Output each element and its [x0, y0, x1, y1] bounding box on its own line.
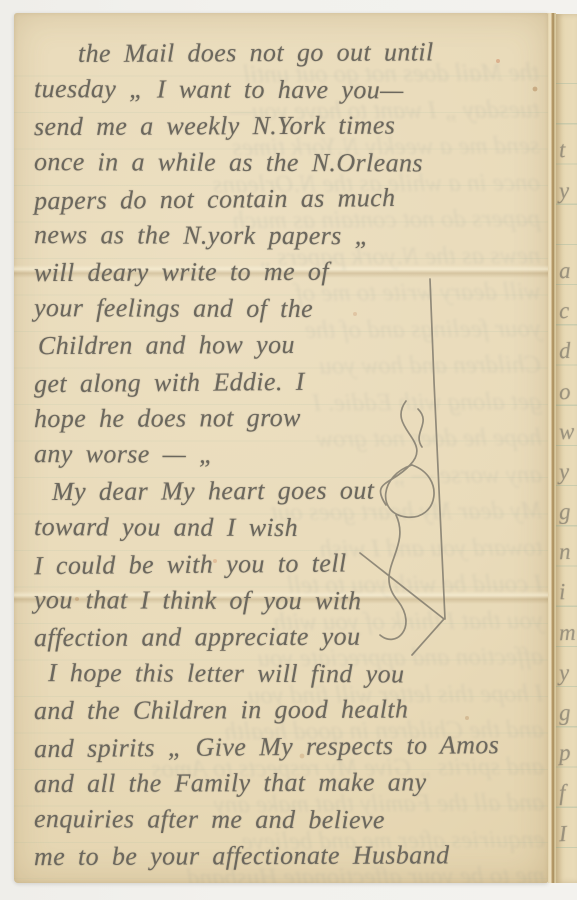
- letter-line: toward you and I wish: [34, 509, 542, 547]
- letter-line: hope he does not grow: [34, 399, 542, 438]
- letter-line: papers do not contain as much: [34, 179, 542, 220]
- edge-writing-fragment: [558, 210, 576, 251]
- letter-page: the Mail does not go out untiltuesday „ …: [14, 13, 548, 883]
- letter-line: send me a weekly N.York times: [34, 107, 542, 146]
- letter-line: affection and appreciate you: [34, 618, 542, 657]
- letter-line: your feelings and of the: [34, 290, 542, 328]
- edge-writing-fragment: y: [558, 452, 576, 493]
- letter-line: enquiries after me and believe: [34, 801, 542, 839]
- edge-writing-fragment: t: [558, 130, 576, 171]
- letter-line: and the Children in good health: [34, 691, 542, 730]
- edge-writing-fragment: [558, 50, 576, 91]
- scanned-letter-photo: the Mail does not go out untiltuesday „ …: [0, 0, 577, 900]
- edge-writing-fragment: y: [558, 170, 576, 211]
- letter-line: tuesday „ I want to have you—: [34, 71, 542, 109]
- edge-writing-fragment: a: [558, 251, 576, 292]
- edge-writing-fragment: [558, 90, 576, 131]
- edge-writing-fragment: m: [558, 612, 576, 653]
- letter-line: I hope this letter will find you: [34, 655, 542, 693]
- edge-writing-fragment: g: [558, 492, 576, 533]
- page-fold-crease: [548, 13, 556, 883]
- letter-line: any worse — „: [34, 436, 542, 474]
- letter-line: Children and how you: [34, 326, 542, 365]
- letter-line: My dear My heart goes out: [34, 472, 542, 511]
- letter-line: me to be your affectionate Husband: [34, 837, 542, 876]
- edge-writing-fragment: o: [558, 371, 576, 412]
- edge-writing-fragment: g: [558, 693, 576, 734]
- letter-line: once in a while as the N.Orleans: [34, 144, 542, 182]
- letter-line: and all the Family that make any: [34, 764, 542, 803]
- edge-writing-fragment: i: [558, 572, 576, 613]
- edge-writing-fragment: f: [558, 773, 576, 814]
- letter-line: news as the N.york papers „: [34, 217, 542, 255]
- second-page-edge: tyacdowygnimygpfI: [556, 14, 577, 883]
- edge-writing-fragment: n: [558, 532, 576, 573]
- letter-line: will deary write to me of: [34, 253, 542, 292]
- edge-writing-fragment: p: [558, 733, 576, 774]
- edge-writing-fragment: d: [558, 331, 576, 372]
- foxing-specks: [14, 13, 16, 15]
- letter-line: I could be with you to tell: [34, 544, 542, 585]
- letter-line: the Mail does not go out until: [34, 34, 542, 73]
- edge-writing-fragment: w: [558, 411, 576, 452]
- letter-line: get along with Eddie. I: [34, 361, 542, 402]
- second-page-writing-fragments: tyacdowygnimygpfI: [559, 50, 576, 854]
- letter-line: you that I think of you with: [34, 582, 542, 620]
- edge-writing-fragment: I: [558, 813, 576, 854]
- edge-writing-fragment: c: [558, 291, 576, 332]
- letter-line: and spirits „ Give My respects to Amos: [34, 726, 542, 767]
- letter-body: the Mail does not go out untiltuesday „ …: [34, 35, 542, 875]
- edge-writing-fragment: y: [558, 653, 576, 694]
